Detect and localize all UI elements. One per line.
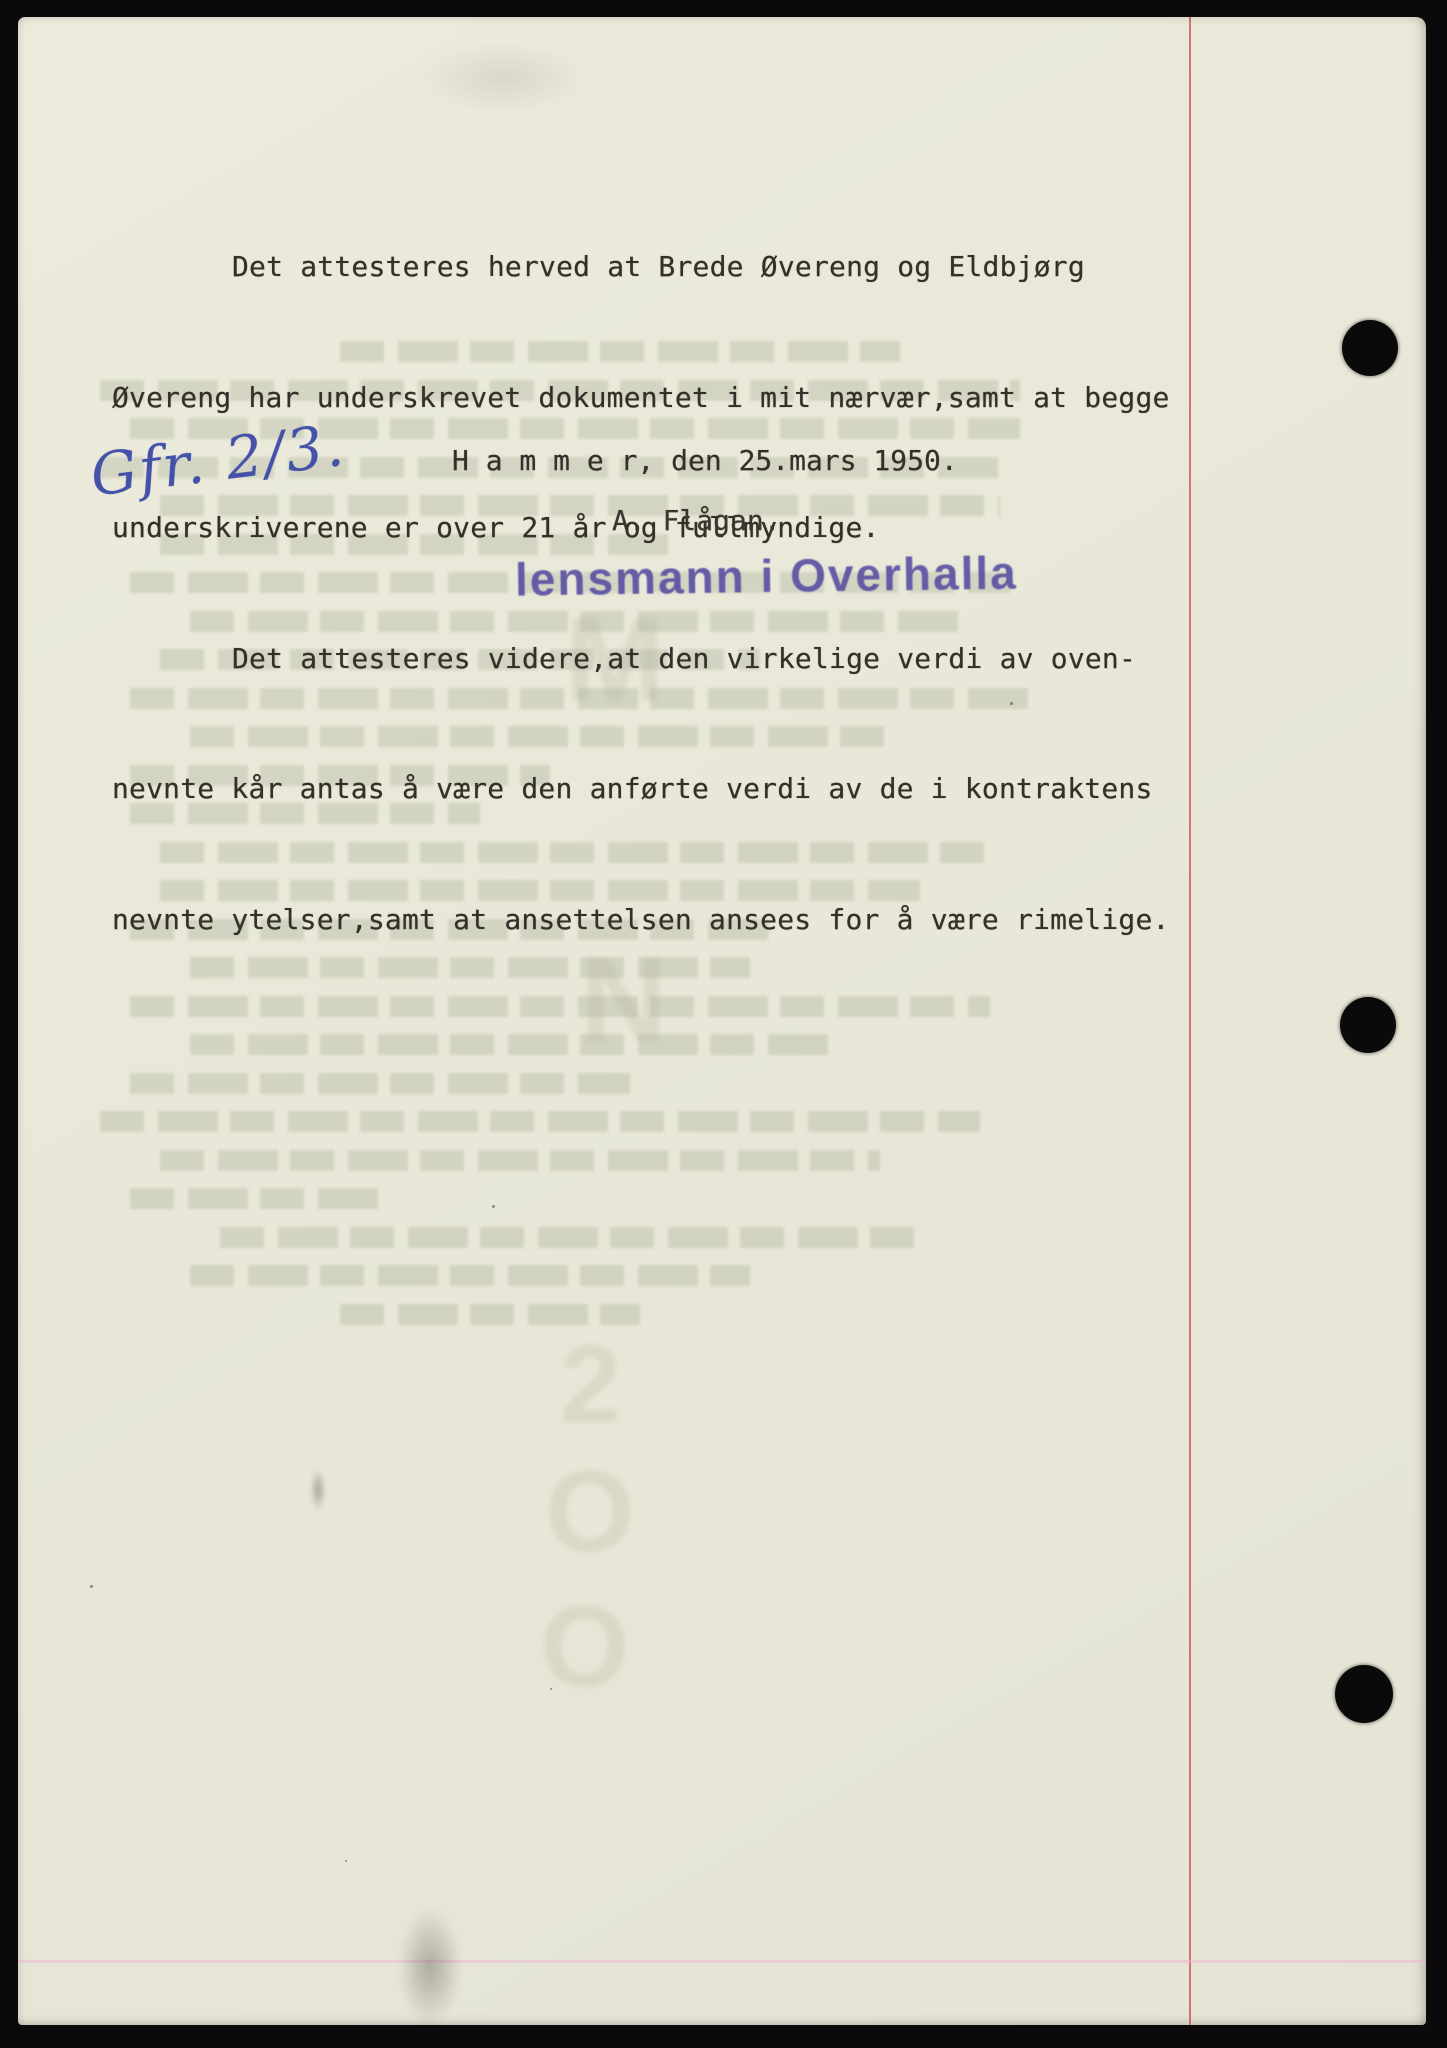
dust-speck (1010, 702, 1013, 705)
office-stamp: lensmann i Overhalla (515, 545, 1018, 606)
bleedthrough-row (130, 1073, 630, 1094)
bleedthrough-row (100, 1111, 980, 1132)
punch-hole (1335, 1665, 1393, 1723)
scanned-document-page: MN2OO Det attesteres herved at Brede Øve… (0, 0, 1447, 2048)
dust-speck (345, 1860, 347, 1862)
watermark-glyph: O (545, 1455, 634, 1570)
punch-hole (1342, 320, 1398, 376)
pink-guide-line (18, 1960, 1426, 1963)
bleedthrough-row (130, 1188, 390, 1209)
signature-name: A. Flågan. (612, 504, 781, 537)
typed-line: nevnte kår antas å være den anførte verd… (112, 767, 1202, 811)
bleedthrough-row (340, 1304, 640, 1325)
typed-line: Det attesteres herved at Brede Øvereng o… (112, 245, 1202, 289)
smudge-mark (418, 42, 588, 114)
bleedthrough-row (190, 1034, 830, 1055)
dust-speck (90, 1585, 93, 1588)
dust-speck (492, 1205, 495, 1208)
punch-hole (1340, 997, 1396, 1053)
typed-line: Øvereng har underskrevet dokumentet i mi… (112, 376, 1202, 420)
smudge-mark (398, 1908, 462, 2026)
bleedthrough-row (190, 1265, 750, 1286)
dust-speck (550, 1688, 552, 1690)
watermark-glyph: O (540, 1590, 629, 1705)
dateline: H a m m e r, den 25.mars 1950. (452, 444, 958, 477)
watermark-glyph: 2 (560, 1330, 621, 1440)
bleedthrough-row (160, 1150, 880, 1171)
typed-line: nevnte ytelser,samt at ansettelsen ansee… (112, 898, 1202, 942)
smudge-mark (310, 1468, 326, 1512)
typed-line: Det attesteres videre,at den virkelige v… (112, 637, 1202, 681)
bleedthrough-row (220, 1227, 920, 1248)
